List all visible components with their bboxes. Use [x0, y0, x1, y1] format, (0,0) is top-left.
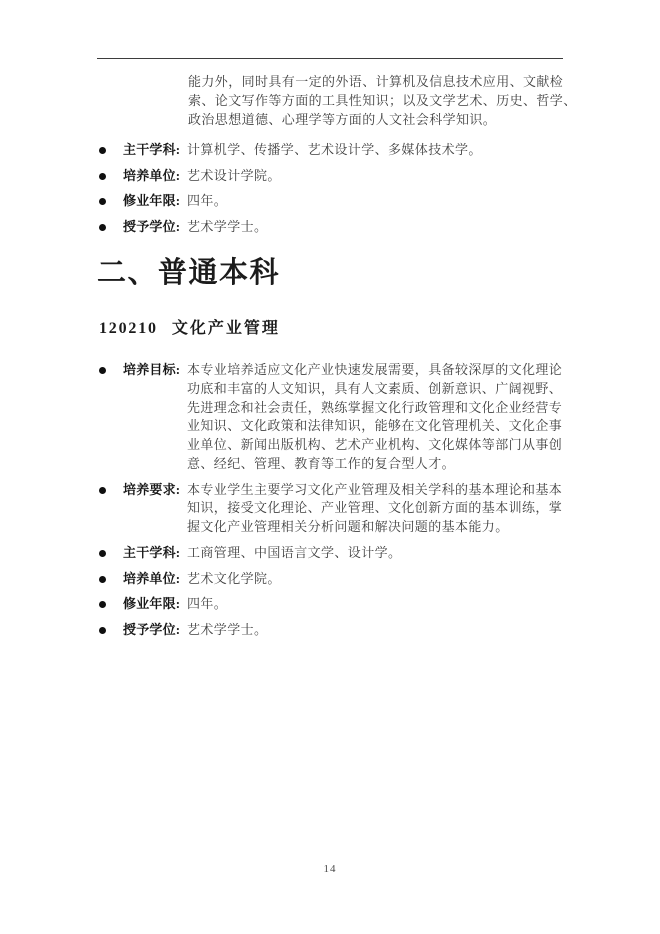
bullet-label: 授予学位:	[123, 621, 187, 640]
bullet-list-previous-program: 主干学科: 计算机学、传播学、艺术设计学、多媒体技术学。 培养单位: 艺术设计学…	[97, 141, 572, 244]
bullet-icon	[97, 481, 123, 500]
bullet-item-study-duration: 修业年限: 四年。	[97, 192, 572, 211]
bullet-item-main-disciplines: 主干学科: 计算机学、传播学、艺术设计学、多媒体技术学。	[97, 141, 572, 160]
bullet-label: 培养单位:	[123, 167, 187, 186]
bullet-icon	[97, 621, 123, 640]
bullet-content: 本专业学生主要学习文化产业管理及相关学科的基本理论和基本知识，接受文化理论、产业…	[187, 481, 572, 537]
bullet-icon	[97, 167, 123, 186]
program-name: 文化产业管理	[172, 320, 280, 337]
bullet-content: 艺术设计学院。	[187, 167, 572, 186]
bullet-item-study-duration: 修业年限: 四年。	[97, 595, 572, 614]
bullet-label: 授予学位:	[123, 218, 187, 237]
bullet-icon	[97, 544, 123, 563]
bullet-icon	[97, 218, 123, 237]
program-title: 120210文化产业管理	[99, 319, 280, 338]
bullet-content: 工商管理、中国语言文学、设计学。	[187, 544, 572, 563]
document-page: 能力外，同时具有一定的外语、计算机及信息技术应用、文献检索、论文写作等方面的工具…	[0, 0, 660, 934]
bullet-item-training-unit: 培养单位: 艺术设计学院。	[97, 167, 572, 186]
bullet-label: 培养目标:	[123, 361, 187, 380]
bullet-item-training-unit: 培养单位: 艺术文化学院。	[97, 570, 572, 589]
program-code: 120210	[99, 320, 158, 337]
bullet-content: 四年。	[187, 192, 572, 211]
bullet-label: 修业年限:	[123, 595, 187, 614]
bullet-item-main-disciplines: 主干学科: 工商管理、中国语言文学、设计学。	[97, 544, 572, 563]
bullet-content: 艺术文化学院。	[187, 570, 572, 589]
bullet-label: 修业年限:	[123, 192, 187, 211]
bullet-item-degree-awarded: 授予学位: 艺术学学士。	[97, 621, 572, 640]
bullet-item-degree-awarded: 授予学位: 艺术学学士。	[97, 218, 572, 237]
bullet-item-training-requirements: 培养要求: 本专业学生主要学习文化产业管理及相关学科的基本理论和基本知识，接受文…	[97, 481, 572, 537]
bullet-content: 艺术学学士。	[187, 218, 572, 237]
bullet-content: 艺术学学士。	[187, 621, 572, 640]
continuation-paragraph: 能力外，同时具有一定的外语、计算机及信息技术应用、文献检索、论文写作等方面的工具…	[188, 73, 577, 129]
header-rule	[97, 58, 563, 59]
bullet-icon	[97, 595, 123, 614]
bullet-item-training-objectives: 培养目标: 本专业培养适应文化产业快速发展需要，具备较深厚的文化理论功底和丰富的…	[97, 361, 572, 474]
bullet-icon	[97, 192, 123, 211]
bullet-label: 主干学科:	[123, 141, 187, 160]
bullet-icon	[97, 570, 123, 589]
page-number: 14	[0, 863, 660, 875]
bullet-label: 主干学科:	[123, 544, 187, 563]
bullet-content: 计算机学、传播学、艺术设计学、多媒体技术学。	[187, 141, 572, 160]
bullet-content: 四年。	[187, 595, 572, 614]
bullet-icon	[97, 361, 123, 380]
bullet-label: 培养要求:	[123, 481, 187, 500]
bullet-list-program: 培养目标: 本专业培养适应文化产业快速发展需要，具备较深厚的文化理论功底和丰富的…	[97, 361, 572, 647]
bullet-content: 本专业培养适应文化产业快速发展需要，具备较深厚的文化理论功底和丰富的人文知识，具…	[187, 361, 572, 474]
bullet-icon	[97, 141, 123, 160]
bullet-label: 培养单位:	[123, 570, 187, 589]
section-heading: 二、普通本科	[97, 257, 280, 290]
